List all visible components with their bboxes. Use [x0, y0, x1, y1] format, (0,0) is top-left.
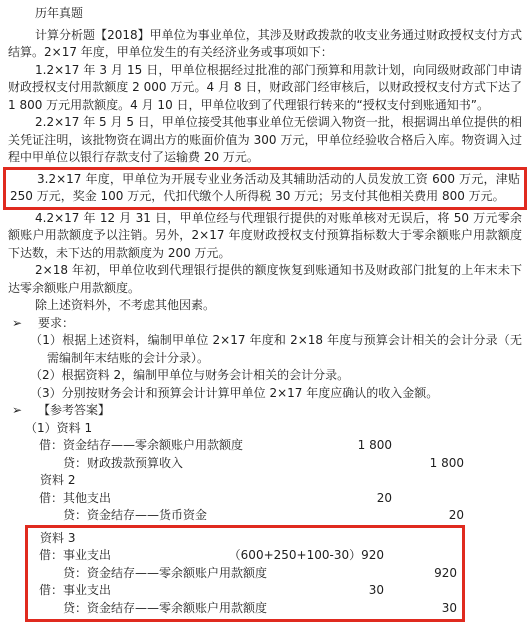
- entry-account: 贷：资金结存——货币资金: [8, 508, 207, 522]
- journal-entry-row: 借：资金结存——零余额账户用款额度 1 800: [8, 437, 522, 455]
- journal-entry-row: 贷：资金结存——零余额账户用款额度 30: [28, 600, 462, 618]
- entry-credit-amount: 20: [388, 507, 464, 525]
- entry-account: 贷：财政拨款预算收入: [8, 456, 183, 470]
- arrow-bullet-icon: ➢: [12, 402, 38, 420]
- requirement-item-1: （1）根据上述资料，编制甲单位 2×17 年度和 2×18 年度与预算会计相关的…: [8, 332, 522, 367]
- entry-account: 借：事业支出: [28, 583, 111, 597]
- section-label-text: （1）资料 1: [8, 421, 92, 435]
- journal-entry-row: 借：其他支出 20: [8, 490, 522, 508]
- requirements-label: 要求：: [38, 316, 74, 330]
- entry-debit-amount: 20: [188, 490, 392, 508]
- entry-account: 贷：资金结存——零余额账户用款额度: [28, 601, 267, 615]
- section-label-text: 资料 2: [8, 473, 75, 487]
- entry-credit-amount: 30: [368, 600, 457, 618]
- entry-credit-amount: 920: [368, 565, 457, 583]
- question-item-2: 2.2×17 年 5 月 5 日，甲单位接受其他事业单位无偿调入物资一批，根据调…: [8, 114, 522, 167]
- entry-account: 借：其他支出: [8, 491, 111, 505]
- arrow-bullet-icon: ➢: [12, 315, 38, 333]
- journal-entry-row: 贷：资金结存——货币资金 20: [8, 507, 522, 525]
- entry-account: 借：事业支出: [28, 548, 111, 562]
- entry-debit-amount: 1 800: [188, 437, 392, 455]
- answer-header-label: 【参考答案】: [38, 403, 110, 417]
- journal-entry-row: 借：事业支出 （600+250+100-30）920: [28, 547, 462, 565]
- requirements-heading: ➢要求：: [8, 315, 522, 333]
- question-item-3: 3.2×17 年度，甲单位为开展专业业务活动及其辅助活动的人员发放工资 600 …: [10, 171, 520, 206]
- requirement-item-3: （3）分别按财务会计和预算会计计算甲单位 2×17 年度应确认的收入金额。: [8, 385, 522, 403]
- entry-debit-amount: （600+250+100-30）920: [180, 547, 384, 565]
- requirement-item-2: （2）根据资料 2，编制甲单位与财务会计相关的会计分录。: [8, 367, 522, 385]
- question-note: 除上述资料外，不考虑其他因素。: [8, 297, 522, 315]
- answer-section-label: （1）资料 1: [8, 420, 522, 438]
- question-item-4: 4.2×17 年 12 月 31 日，甲单位经与代理银行提供的对账单核对无误后，…: [8, 210, 522, 263]
- journal-entry-row: 借：事业支出 30: [28, 582, 462, 600]
- entry-credit-amount: 1 800: [388, 455, 464, 473]
- answer-section-label: 资料 2: [8, 472, 522, 490]
- entry-account: 贷：资金结存——零余额账户用款额度: [28, 566, 267, 580]
- highlight-box-question-item-3: 3.2×17 年度，甲单位为开展专业业务活动及其辅助活动的人员发放工资 600 …: [3, 167, 527, 210]
- answer-heading: ➢【参考答案】: [8, 402, 522, 420]
- journal-entry-row: 贷：财政拨款预算收入 1 800: [8, 455, 522, 473]
- document-page: 历年真题 计算分析题【2018】甲单位为事业单位，其涉及财政拨款的收支业务通过财…: [0, 0, 530, 622]
- highlight-box-answer-data3: 资料 3 借：事业支出 （600+250+100-30）920 贷：资金结存——…: [25, 525, 465, 623]
- section-label-text: 资料 3: [28, 531, 75, 545]
- page-title: 历年真题: [8, 5, 522, 23]
- question-item-1: 1.2×17 年 3 月 15 日，甲单位根据经过批准的部门预算和用款计划，向同…: [8, 62, 522, 115]
- journal-entry-row: 贷：资金结存——零余额账户用款额度 920: [28, 565, 462, 583]
- entry-debit-amount: 30: [180, 582, 384, 600]
- answer-section-label: 资料 3: [28, 530, 462, 548]
- question-intro: 计算分析题【2018】甲单位为事业单位，其涉及财政拨款的收支业务通过财政授权支付…: [8, 27, 522, 62]
- question-item-5: 2×18 年初，甲单位收到代理银行提供的额度恢复到账通知书及财政部门批复的上年末…: [8, 262, 522, 297]
